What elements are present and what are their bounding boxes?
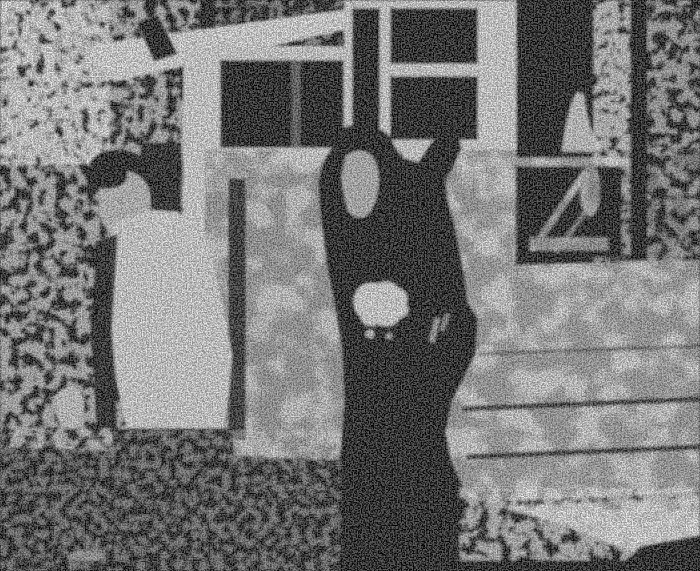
film-grain-light-overlay: [0, 0, 700, 571]
photo-canvas: [0, 0, 700, 571]
photograph: [0, 0, 700, 571]
